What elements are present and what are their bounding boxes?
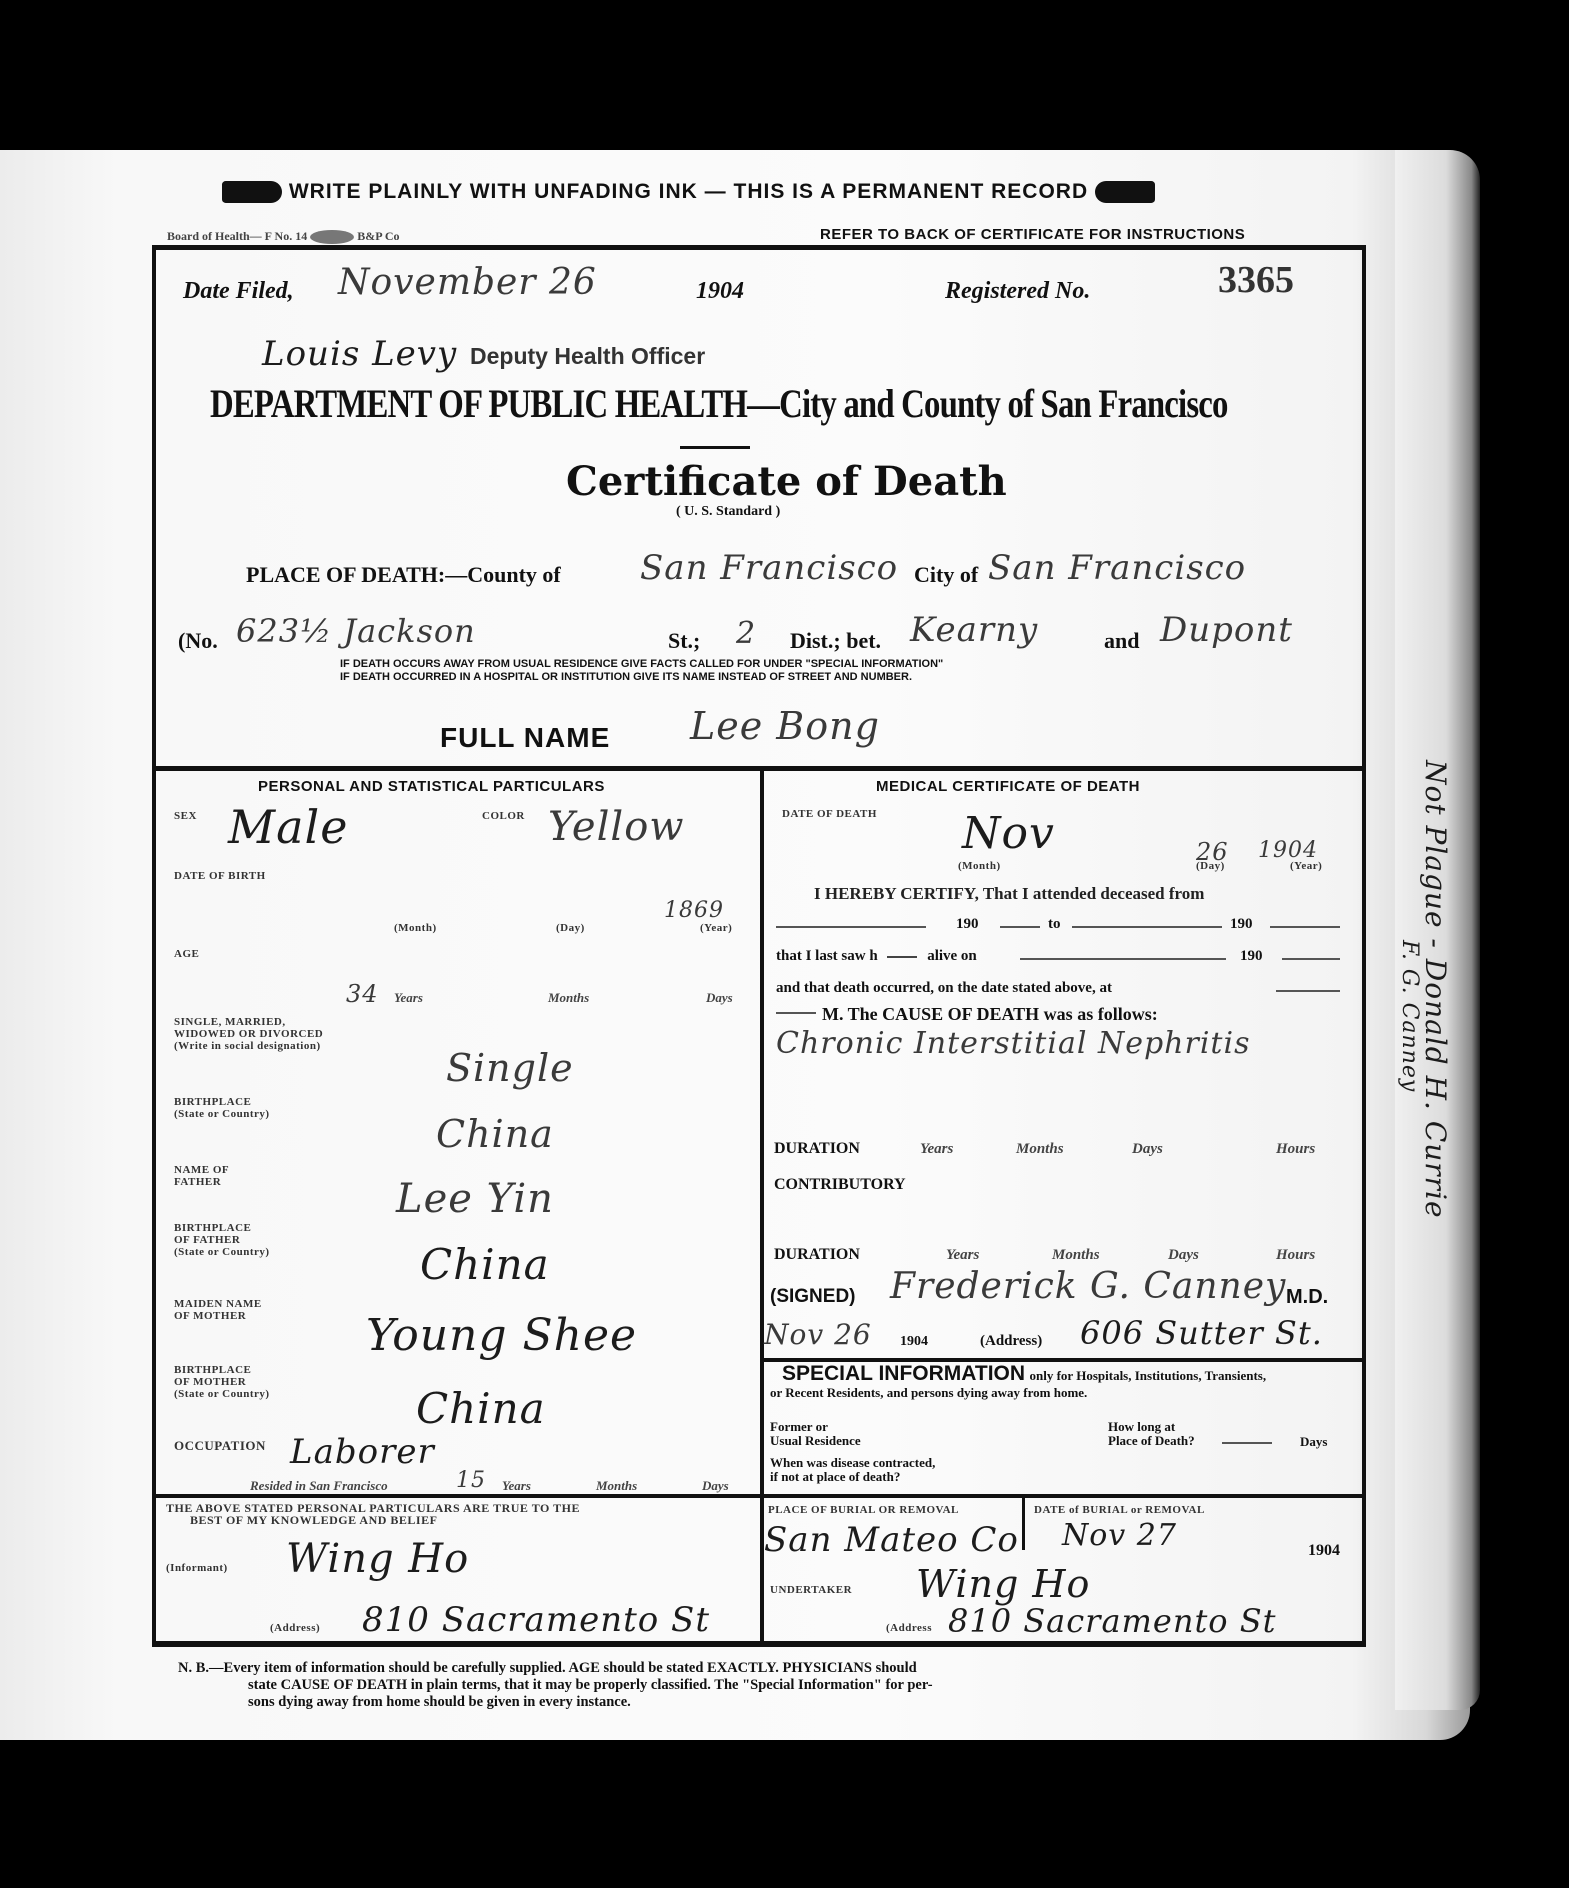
certificate-title: Certificate of Death	[566, 458, 1007, 505]
age-days-label: Days	[706, 990, 733, 1006]
undertaker-name: Wing Ho	[916, 1562, 1090, 1606]
how-long-label: How long at Place of Death?	[1108, 1420, 1195, 1448]
age-label: AGE	[174, 948, 199, 960]
burial-divider	[764, 1494, 1362, 1498]
dob-year-label: (Year)	[700, 922, 732, 934]
special-heading: SPECIAL INFORMATION only for Hospitals, …	[782, 1362, 1266, 1386]
pointing-hand-icon	[1095, 181, 1155, 203]
burial-column-divider	[1022, 1498, 1025, 1550]
standard-label: ( U. S. Standard )	[676, 504, 780, 520]
residence-note-1: IF DEATH OCCURS AWAY FROM USUAL RESIDENC…	[340, 658, 943, 670]
duration-days-1: Days	[1132, 1141, 1163, 1158]
signed-year: 1904	[900, 1334, 928, 1350]
mother-birthplace-value: China	[416, 1384, 546, 1433]
birthplace-value: China	[436, 1112, 554, 1156]
father-birthplace-label: BIRTHPLACE OF FATHER (State or Country)	[174, 1222, 270, 1258]
column-divider	[760, 770, 764, 1645]
duration-days-2: Days	[1168, 1247, 1199, 1264]
contracted-label: When was disease contracted, if not at p…	[770, 1456, 935, 1484]
residence-note-2: IF DEATH OCCURRED IN A HOSPITAL OR INSTI…	[340, 671, 912, 683]
duration-label-1: DURATION	[774, 1140, 860, 1158]
street-label: St.;	[668, 628, 700, 654]
footnote: N. B.—Every item of information should b…	[178, 1660, 1258, 1711]
last-saw-label: that I last saw h alive on	[776, 948, 977, 965]
district-value: 2	[736, 616, 756, 651]
physician-address-label: (Address)	[980, 1333, 1042, 1350]
medical-heading: MEDICAL CERTIFICATE OF DEATH	[876, 778, 1140, 795]
former-residence-label: Former or Usual Residence	[770, 1420, 861, 1448]
sex-value: Male	[228, 800, 348, 854]
father-name-value: Lee Yin	[396, 1176, 554, 1222]
county-value: San Francisco	[640, 548, 898, 588]
burial-place-label: PLACE OF BURIAL OR REMOVAL	[768, 1504, 959, 1516]
instructions-note: REFER TO BACK OF CERTIFICATE FOR INSTRUC…	[820, 226, 1245, 243]
age-years-label: Years	[394, 990, 423, 1006]
burial-year: 1904	[1308, 1542, 1340, 1560]
father-birthplace-value: China	[420, 1240, 550, 1289]
burial-date-value: Nov 27	[1062, 1518, 1177, 1553]
frame-right	[1362, 245, 1366, 1645]
informant-name: Wing Ho	[286, 1536, 469, 1582]
dob-label: DATE OF BIRTH	[174, 870, 266, 882]
age-years: 34	[346, 980, 379, 1008]
date-filed-label: Date Filed,	[183, 278, 294, 305]
mother-name-label: MAIDEN NAME OF MOTHER	[174, 1298, 262, 1322]
banner: WRITE PLAINLY WITH UNFADING INK — THIS I…	[222, 180, 1322, 204]
officer-title: Deputy Health Officer	[470, 343, 705, 370]
signed-date: Nov 26	[764, 1318, 872, 1351]
dob-month-label: (Month)	[394, 922, 437, 934]
street-no-label: (No.	[178, 628, 218, 654]
cause-of-death-line: M. The CAUSE OF DEATH was as follows:	[822, 1004, 1158, 1025]
death-day-label: (Day)	[1196, 860, 1225, 872]
physician-signature: Frederick G. Canney	[890, 1266, 1286, 1307]
informant-divider	[156, 1494, 760, 1498]
informant-address: 810 Sacramento St	[362, 1600, 710, 1640]
place-of-death-label: PLACE OF DEATH:—County of	[246, 562, 561, 588]
date-of-death-label: DATE OF DEATH	[782, 808, 877, 820]
section-divider	[152, 766, 1366, 771]
city-label: City of	[914, 562, 978, 588]
burial-place-value: San Mateo Co	[764, 1520, 1019, 1560]
mother-birthplace-label: BIRTHPLACE OF MOTHER (State or Country)	[174, 1364, 270, 1400]
printer-seal-icon	[310, 230, 354, 244]
between-street-1: Kearny	[910, 610, 1038, 650]
occupation-label: OCCUPATION	[174, 1440, 266, 1452]
sex-label: SEX	[174, 810, 197, 822]
signed-label: (SIGNED)	[770, 1286, 856, 1308]
occupation-value: Laborer	[290, 1432, 435, 1472]
marital-value: Single	[446, 1046, 574, 1090]
duration-months-2: Months	[1052, 1247, 1100, 1264]
filed-year: 1904	[696, 278, 744, 305]
form-id: Board of Health— F No. 14 B&P Co	[167, 229, 400, 244]
cause-of-death-value: Chronic Interstitial Nephritis	[776, 1026, 1250, 1061]
duration-months-1: Months	[1016, 1141, 1064, 1158]
margin-note: Not Plague - Donald H. Currie F. G. Cann…	[1412, 760, 1452, 1360]
burial-date-label: DATE of BURIAL or REMOVAL	[1034, 1504, 1205, 1516]
color-label: COLOR	[482, 810, 525, 822]
duration-years-2: Years	[946, 1247, 979, 1264]
death-year-label: (Year)	[1290, 860, 1322, 872]
undertaker-address: 810 Sacramento St	[948, 1602, 1277, 1640]
last-saw-year: 190	[1240, 948, 1263, 965]
attended-to-year: 190	[1230, 916, 1253, 933]
contributory-label: CONTRIBUTORY	[774, 1176, 906, 1194]
undertaker-address-label: (Address	[886, 1622, 932, 1634]
special-note: or Recent Residents, and persons dying a…	[770, 1385, 1087, 1401]
death-month: Nov	[962, 808, 1055, 859]
title-divider	[680, 446, 750, 449]
father-name-label: NAME OF FATHER	[174, 1164, 229, 1188]
dob-day-label: (Day)	[556, 922, 585, 934]
district-label: Dist.; bet.	[790, 628, 881, 654]
how-long-days-label: Days	[1300, 1434, 1327, 1450]
registered-label: Registered No.	[945, 278, 1090, 305]
death-occurred-line: and that death occurred, on the date sta…	[776, 980, 1112, 997]
resided-years-label: Years	[502, 1478, 531, 1494]
duration-hours-2: Hours	[1276, 1247, 1315, 1264]
physician-address: 606 Sutter St.	[1080, 1314, 1323, 1352]
age-months-label: Months	[548, 990, 589, 1006]
resided-months-label: Months	[596, 1478, 637, 1494]
md-label: M.D.	[1286, 1286, 1328, 1309]
duration-hours-1: Hours	[1276, 1141, 1315, 1158]
dob-year: 1869	[664, 898, 724, 923]
to-label: to	[1048, 916, 1061, 933]
birthplace-label: BIRTHPLACE (State or Country)	[174, 1096, 270, 1120]
resided-label: Resided in San Francisco	[250, 1478, 388, 1494]
pointing-hand-icon	[222, 181, 282, 203]
department-title: DEPARTMENT OF PUBLIC HEALTH—City and Cou…	[210, 380, 1358, 427]
color-value: Yellow	[548, 804, 685, 850]
duration-label-2: DURATION	[774, 1246, 860, 1264]
frame-bottom	[152, 1641, 1366, 1647]
personal-heading: PERSONAL AND STATISTICAL PARTICULARS	[258, 778, 605, 795]
full-name-value: Lee Bong	[690, 704, 880, 748]
attended-from-year: 190	[956, 916, 979, 933]
resided-years: 15	[456, 1468, 486, 1493]
frame-left	[152, 245, 156, 1645]
and-label: and	[1104, 628, 1139, 654]
frame-top	[152, 245, 1366, 250]
resided-days-label: Days	[702, 1478, 729, 1494]
full-name-label: FULL NAME	[440, 722, 610, 754]
officer-signature: Louis Levy	[262, 334, 457, 374]
between-street-2: Dupont	[1160, 610, 1293, 650]
mother-name-value: Young Shee	[366, 1310, 637, 1361]
informant-label: (Informant)	[166, 1562, 228, 1574]
informant-statement: THE ABOVE STATED PERSONAL PARTICULARS AR…	[166, 1502, 580, 1526]
duration-years-1: Years	[920, 1141, 953, 1158]
informant-address-label: (Address)	[270, 1622, 320, 1634]
registered-number: 3365	[1218, 258, 1294, 302]
certify-line: I HEREBY CERTIFY, That I attended deceas…	[814, 884, 1204, 904]
marital-label: SINGLE, MARRIED, WIDOWED OR DIVORCED (Wr…	[174, 1016, 323, 1052]
city-value: San Francisco	[988, 548, 1246, 588]
death-month-label: (Month)	[958, 860, 1001, 872]
date-filed-value: November 26	[338, 262, 597, 303]
street-value: 623½ Jackson	[236, 612, 476, 650]
undertaker-label: UNDERTAKER	[770, 1584, 852, 1596]
